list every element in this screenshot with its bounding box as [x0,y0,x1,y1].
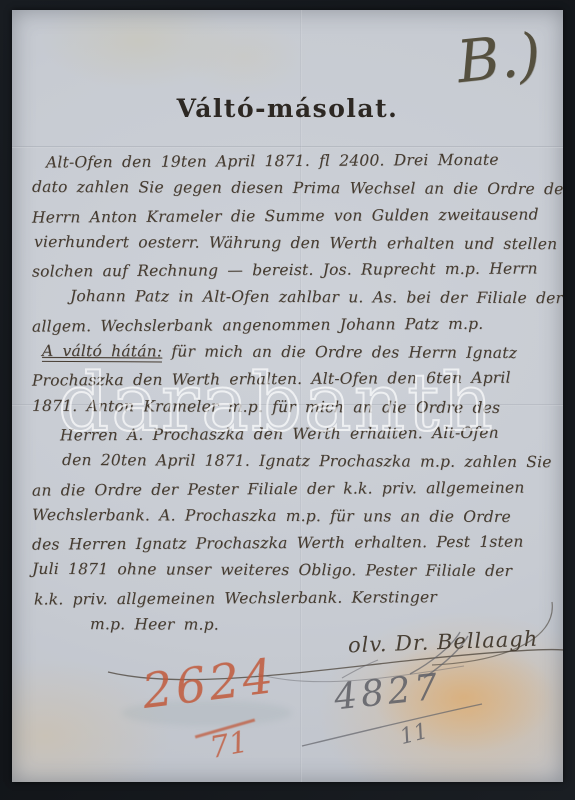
archival-number-pencil: 4827 [332,666,443,718]
handwriting-line: des Herren Ignatz Prochaszka Werth erhal… [32,529,547,559]
handwriting-line: Johann Patz in Alt-Ofen zahlbar u. As. b… [32,283,547,313]
handwriting-line-rest: für mich an die Ordre des Herrn Ignatz [162,343,517,363]
handwriting-line: allgem. Wechslerbank angenommen Johann P… [32,310,547,340]
handwriting-line: Prochaszka den Werth erhalten. Alt-Ofen … [32,365,547,395]
handwriting-line: k.k. priv. allgemeinen Wechslerbank. Ker… [32,583,547,613]
handwritten-body: Alt-Ofen den 19ten April 1871. fl 2400. … [32,148,547,639]
handwriting-line: Alt-Ofen den 19ten April 1871. fl 2400. … [32,146,547,176]
handwriting-line: vierhundert oesterr. Währung den Werth e… [32,229,547,259]
handwriting-line: Wechslerbank. A. Prochaszka m.p. für uns… [32,502,547,532]
underlined-phrase: A váltó hátán: [42,342,162,363]
handwriting-line: solchen auf Rechnung — bereist. Jos. Rup… [32,256,547,286]
handwriting-line: Juli 1871 ohne unser weiteres Obligo. Pe… [32,556,547,586]
handwriting-line: dato zahlen Sie gegen diesen Prima Wechs… [32,174,547,204]
handwriting-line: Herrn Anton Krameler die Summe von Gulde… [32,201,547,231]
handwriting-line: Herren A. Prochaszka den Werth erhalten.… [32,419,547,449]
scanned-document: B.) Váltó-másolat. Alt-Ofen den 19ten Ap… [12,10,563,782]
archival-number-pencil-secondary: 11 [397,719,430,750]
handwriting-line: 1871. Anton Krameler m.p. für mich an di… [32,393,547,423]
handwritten-corner-mark: B.) [454,20,544,96]
handwriting-line-endorsement-heading: A váltó hátán: für mich an die Ordre des… [32,338,547,368]
archival-number-red-denominator: 71 [207,725,251,766]
handwriting-line: den 20ten April 1871. Ignatz Prochaszka … [32,447,547,477]
handwriting-line: an die Ordre der Pester Filiale der k.k.… [32,474,547,504]
document-title: Váltó-másolat. [12,94,563,123]
